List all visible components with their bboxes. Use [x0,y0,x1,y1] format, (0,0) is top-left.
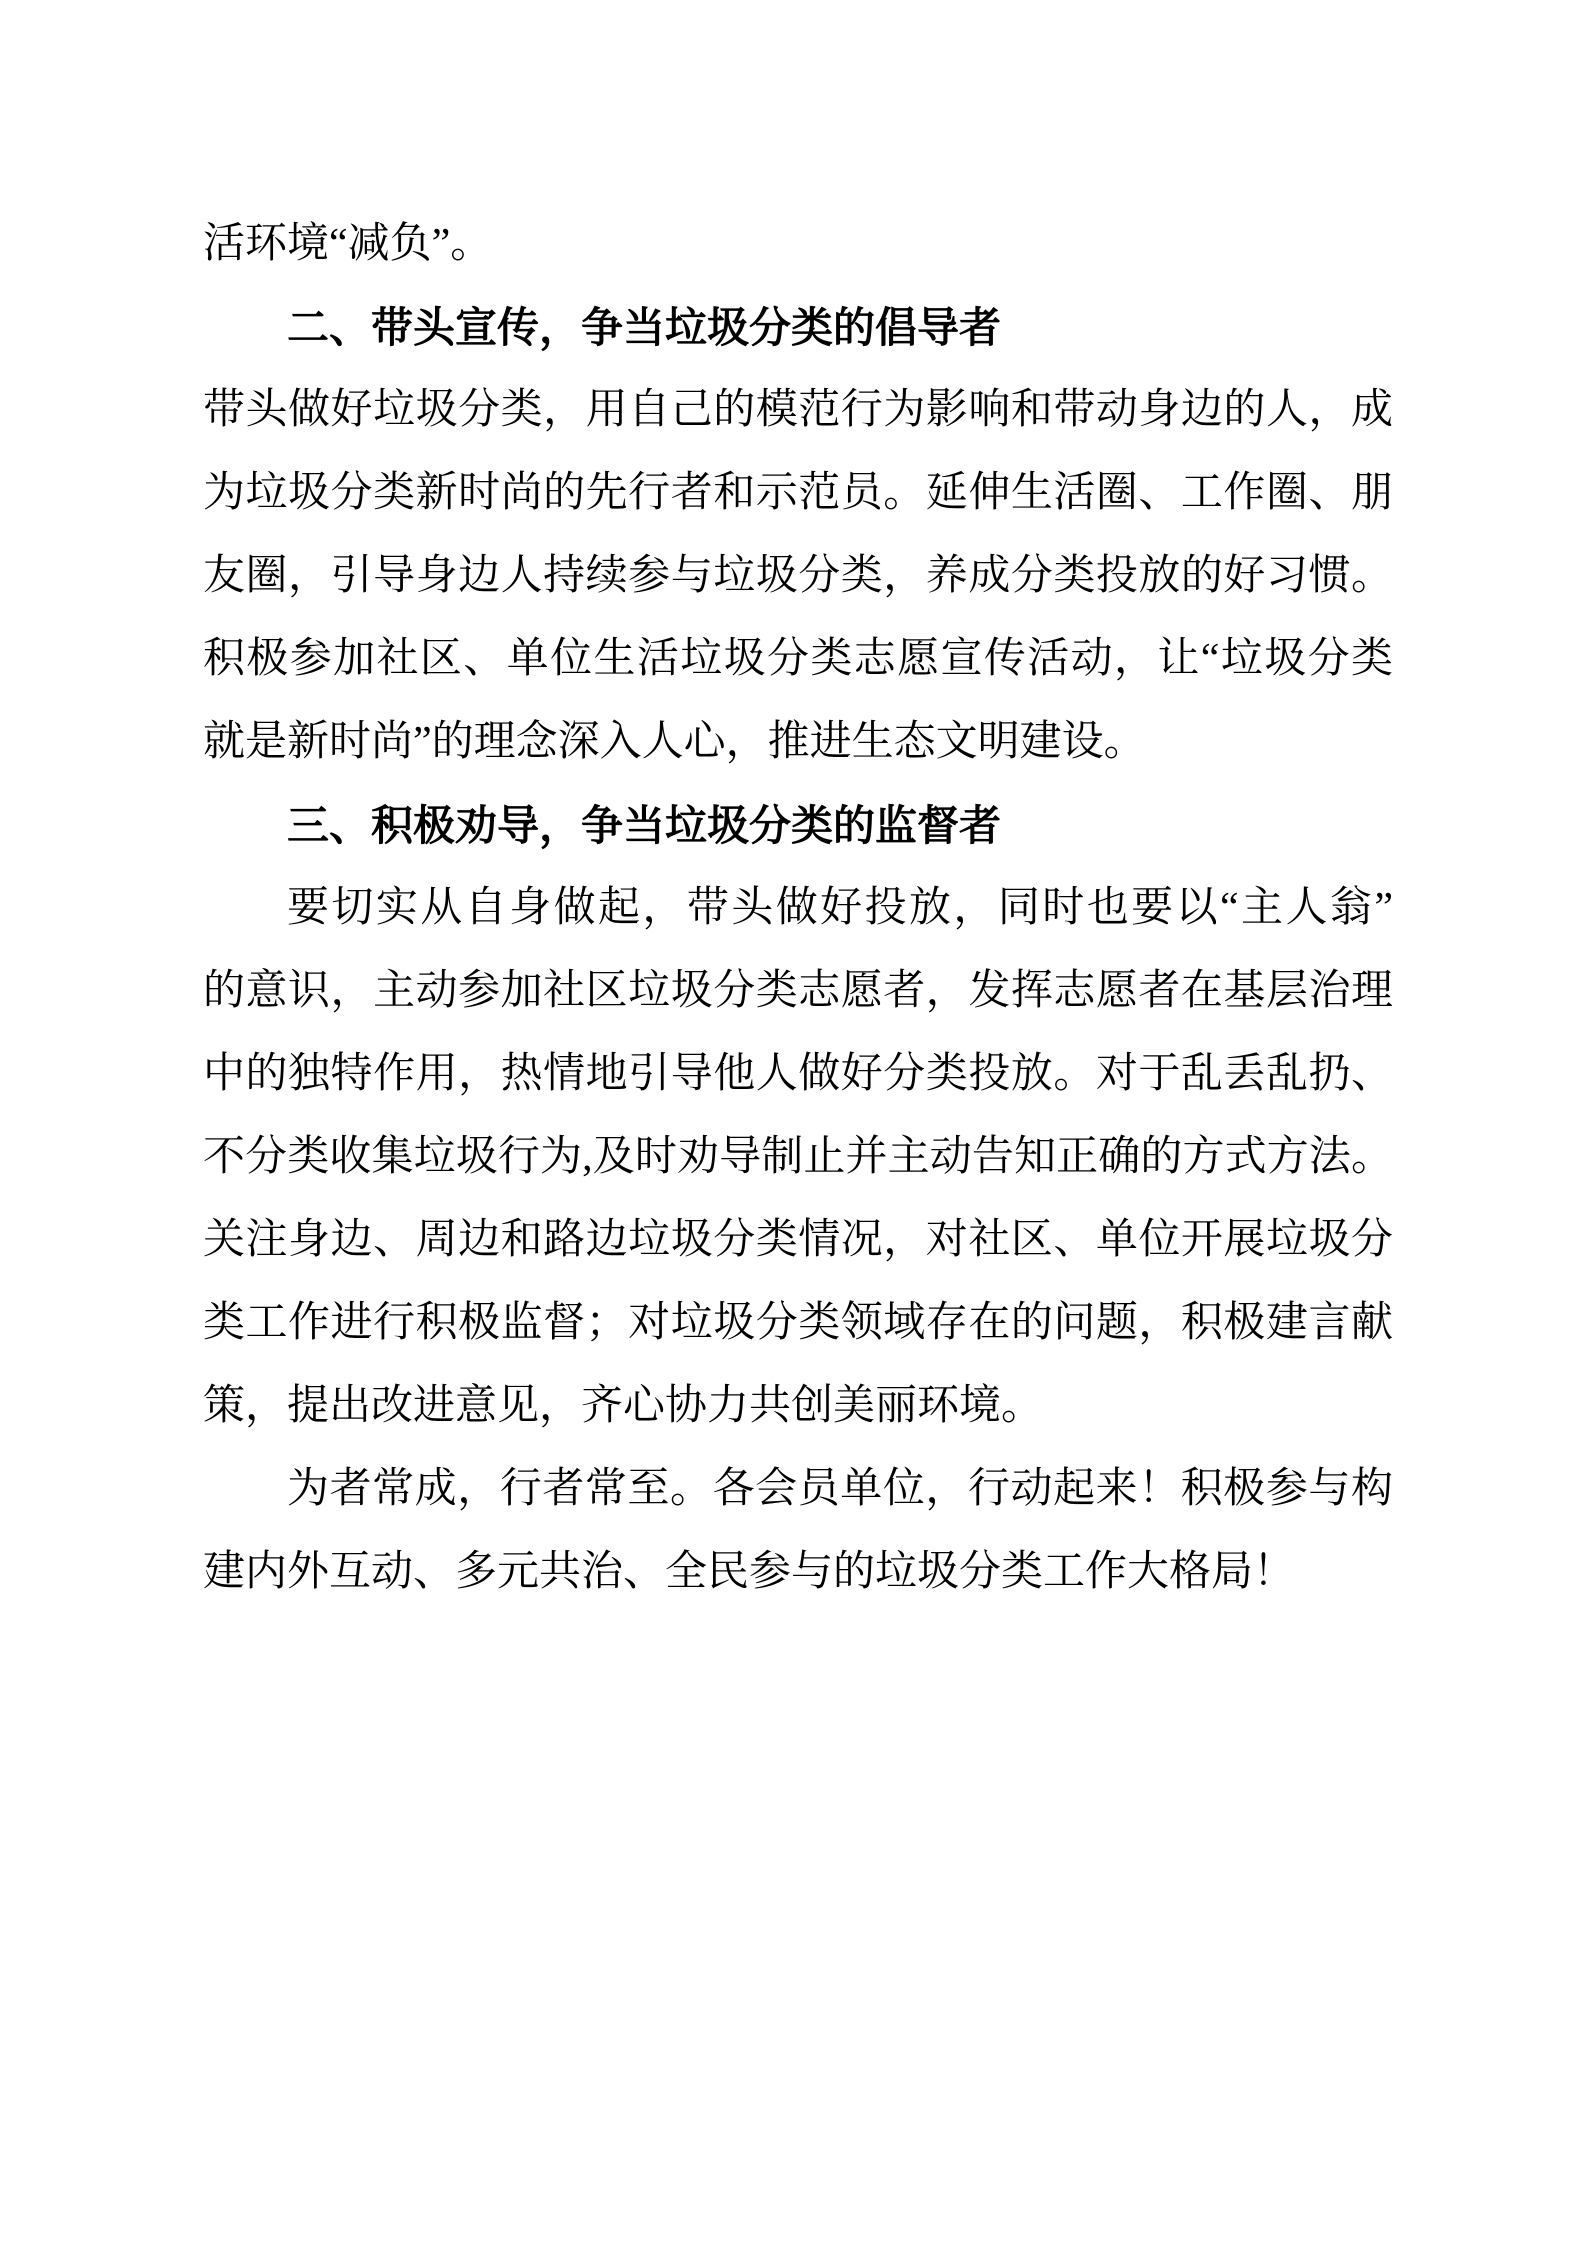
text-line: 的意识，主动参加社区垃圾分类志愿者，发挥志愿者在基层治理 [203,950,1393,1033]
text-line: 要切实从自身做起，带头做好投放，同时也要以“主人翁” [203,867,1393,950]
text-line: 中的独特作用，热情地引导他人做好分类投放。对于乱丢乱扔、 [203,1033,1393,1116]
document-page: 活环境“减负”。二、带头宣传，争当垃圾分类的倡导者带头做好垃圾分类，用自己的模范… [0,0,1588,2245]
text-line: 为垃圾分类新时尚的先行者和示范员。延伸生活圈、工作圈、朋 [203,452,1393,535]
text-line: 友圈，引导身边人持续参与垃圾分类，养成分类投放的好习惯。 [203,535,1393,618]
document-body: 活环境“减负”。二、带头宣传，争当垃圾分类的倡导者带头做好垃圾分类，用自己的模范… [203,203,1393,1614]
text-line: 三、积极劝导，争当垃圾分类的监督者 [203,784,1393,867]
text-line: 二、带头宣传，争当垃圾分类的倡导者 [203,286,1393,369]
text-line: 策，提出改进意见，齐心协力共创美丽环境。 [203,1365,1393,1448]
text-line: 积极参加社区、单位生活垃圾分类志愿宣传活动，让“垃圾分类 [203,618,1393,701]
text-line: 活环境“减负”。 [203,203,1393,286]
text-line: 带头做好垃圾分类，用自己的模范行为影响和带动身边的人，成 [203,369,1393,452]
text-line: 建内外互动、多元共治、全民参与的垃圾分类工作大格局！ [203,1531,1393,1614]
text-line: 就是新时尚”的理念深入人心，推进生态文明建设。 [203,701,1393,784]
text-line: 不分类收集垃圾行为,及时劝导制止并主动告知正确的方式方法。 [203,1116,1393,1199]
text-line: 类工作进行积极监督；对垃圾分类领域存在的问题，积极建言献 [203,1282,1393,1365]
text-line: 关注身边、周边和路边垃圾分类情况，对社区、单位开展垃圾分 [203,1199,1393,1282]
text-line: 为者常成，行者常至。各会员单位，行动起来！积极参与构 [203,1448,1393,1531]
